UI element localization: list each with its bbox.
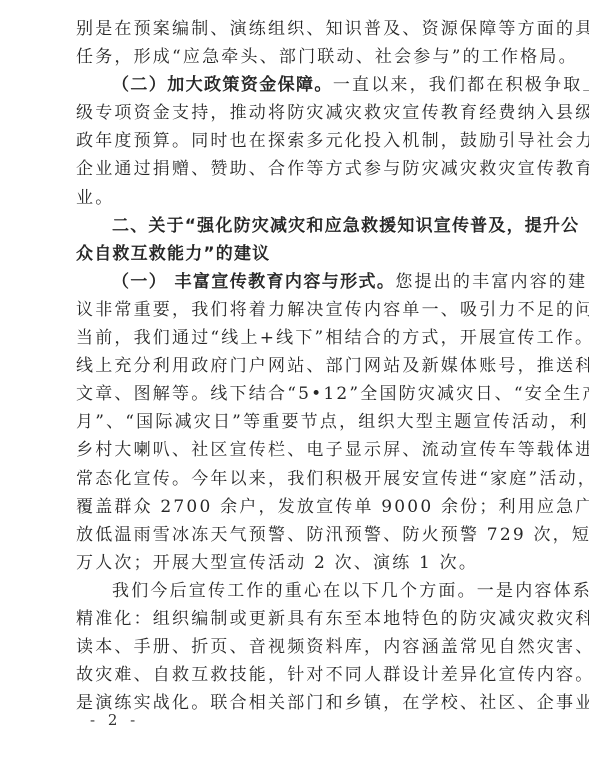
body-line: 故灾难、自救互救技能，针对不同人群设计差异化宣传内容。二 (76, 661, 522, 689)
body-line: 别是在预案编制、演练组织、知识普及、资源保障等方面的具体 (76, 15, 522, 43)
subsection-paragraph-funding: （二）加大政策资金保障。一直以来，我们都在积极争取上 (76, 71, 522, 99)
section-heading-2-cont: 众自救互救能力”的建议 (76, 240, 522, 268)
body-line: 常态化宣传。今年以来，我们积极开展安宣传进“家庭”活动， (76, 465, 522, 493)
page-number: - 2 - (90, 710, 139, 730)
body-line: 线上充分利用政府门户网站、部门网站及新媒体账号，推送科普 (76, 352, 522, 380)
subsection-title-content: （一） 丰富宣传教育内容与形式。 (112, 272, 395, 292)
body-line: 业。 (76, 184, 522, 212)
document-page: 别是在预案编制、演练组织、知识普及、资源保障等方面的具体 任务，形成“应急牵头、… (76, 15, 522, 717)
body-text: 您提出的丰富内容的建 (395, 272, 587, 292)
body-line: 议非常重要，我们将着力解决宣传内容单一、吸引力不足的问题。 (76, 296, 522, 324)
body-line: 精准化：组织编制或更新具有东至本地特色的防灾减灾救灾科普 (76, 605, 522, 633)
body-line: 级专项资金支持，推动将防灾减灾救灾宣传教育经费纳入县级财 (76, 99, 522, 127)
body-line: 乡村大喇叭、社区宣传栏、电子显示屏、流动宣传车等载体进行 (76, 436, 522, 464)
body-line: 万人次；开展大型宣传活动 2 次、演练 1 次。 (76, 549, 522, 577)
body-line: 月”、“国际减灾日”等重要节点，组织大型主题宣传活动，利用 (76, 408, 522, 436)
body-line: 文章、图解等。线下结合“5•12”全国防灾减灾日、“安全生产 (76, 380, 522, 408)
body-line: 我们今后宣传工作的重心在以下几个方面。一是内容体系化 (76, 577, 522, 605)
body-line: 放低温雨雪冰冻天气预警、防汛预警、防火预警 729 次，短信 55.2 (76, 521, 522, 549)
body-line: 政年度预算。同时也在探索多元化投入机制，鼓励引导社会力量、 (76, 127, 522, 155)
section-heading-2: 二、关于“强化防灾减灾和应急救援知识宣传普及，提升公 (76, 212, 522, 240)
body-line: 任务，形成“应急牵头、部门联动、社会参与”的工作格局。 (76, 43, 522, 71)
subsection-paragraph-content: （一） 丰富宣传教育内容与形式。您提出的丰富内容的建 (76, 268, 522, 296)
body-line: 覆盖群众 2700 余户，发放宣传单 9000 余份；利用应急广播播 (76, 493, 522, 521)
body-line: 读本、手册、折页、音视频资料库，内容涵盖常见自然灾害、事 (76, 633, 522, 661)
body-line: 当前，我们通过“线上+线下”相结合的方式，开展宣传工作。 (76, 324, 522, 352)
body-text: 一直以来，我们都在积极争取上 (333, 75, 589, 95)
body-line: 是演练实战化。联合相关部门和乡镇，在学校、社区、企事业单 (76, 689, 522, 717)
body-line: 企业通过捐赠、赞助、合作等方式参与防灾减灾救灾宣传教育事 (76, 155, 522, 183)
subsection-title-funding: （二）加大政策资金保障。 (112, 75, 333, 95)
